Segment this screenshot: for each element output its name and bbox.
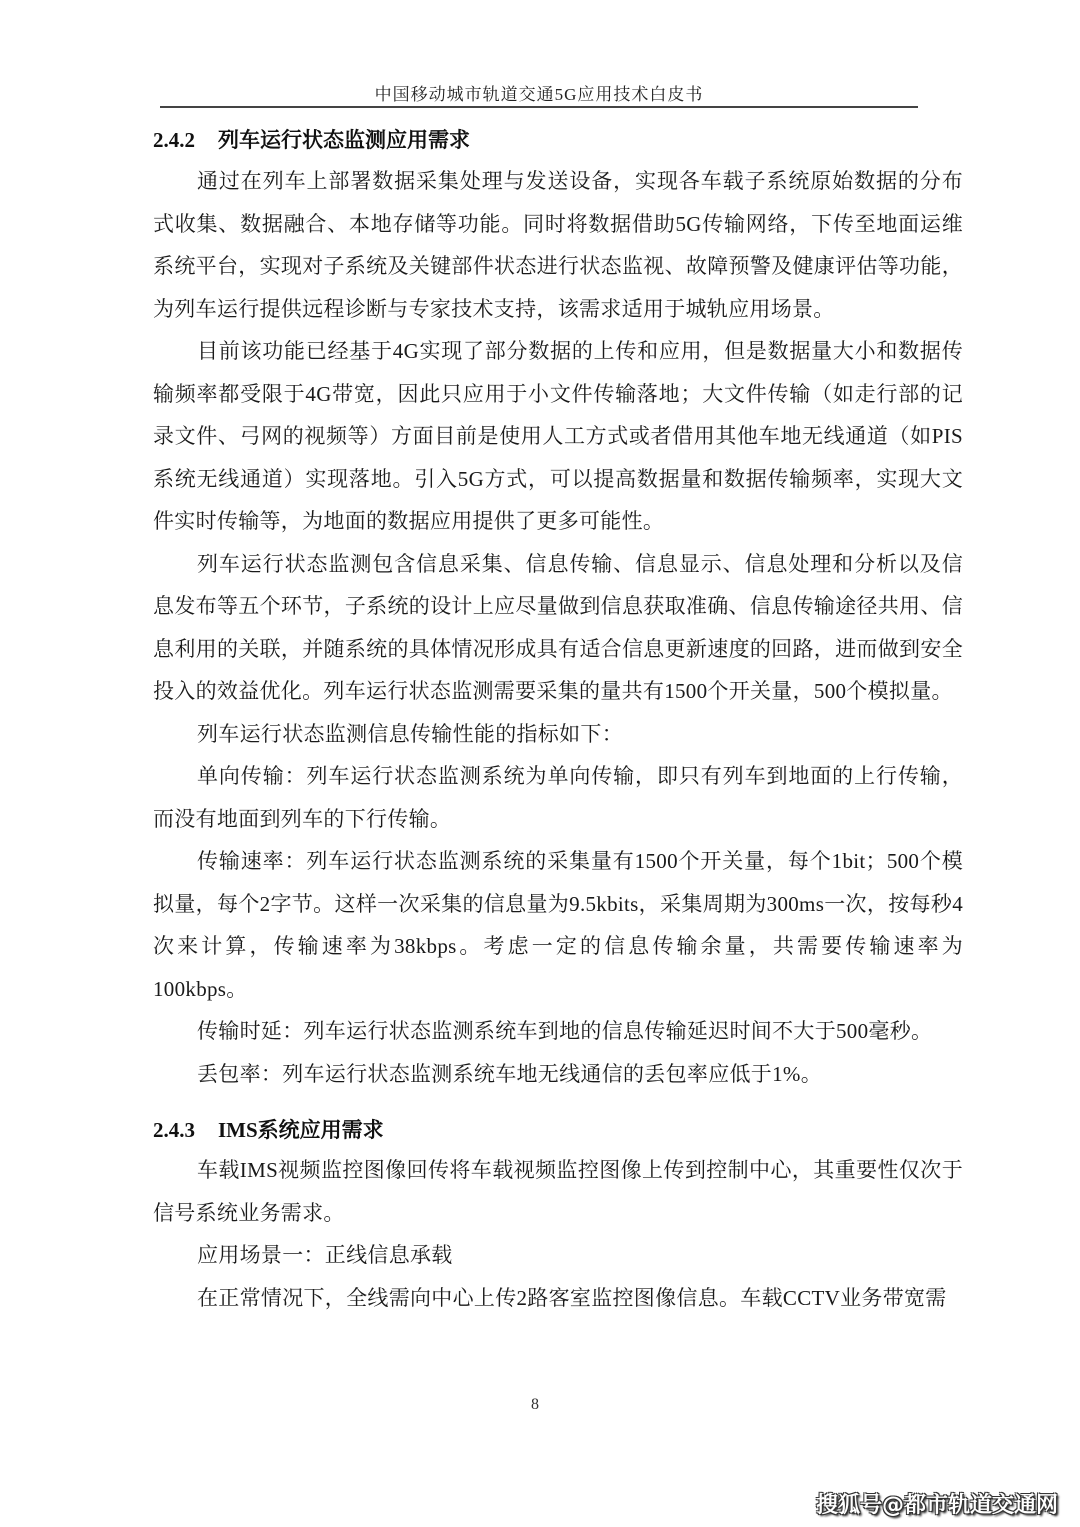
paragraph: 通过在列车上部署数据采集处理与发送设备，实现各车载子系统原始数据的分布式收集、数… (153, 160, 963, 330)
paragraph: 车载IMS视频监控图像回传将车载视频监控图像上传到控制中心，其重要性仅次于信号系… (153, 1149, 963, 1234)
section-heading-2-4-3: 2.4.3IMS系统应用需求 (153, 1115, 963, 1145)
section-title: 列车运行状态监测应用需求 (218, 128, 470, 152)
watermark: 搜狐号@都市轨道交通网 (816, 1488, 1058, 1519)
paragraph: 单向传输：列车运行状态监测系统为单向传输，即只有列车到地面的上行传输，而没有地面… (153, 755, 963, 840)
paragraph: 列车运行状态监测包含信息采集、信息传输、信息显示、信息处理和分析以及信息发布等五… (153, 543, 963, 713)
section-number: 2.4.2 (153, 125, 218, 155)
section-number: 2.4.3 (153, 1115, 218, 1145)
header-divider (160, 106, 918, 108)
page-number: 8 (0, 1396, 1070, 1414)
section-heading-2-4-2: 2.4.2列车运行状态监测应用需求 (153, 125, 963, 155)
paragraph: 在正常情况下，全线需向中心上传2路客室监控图像信息。车载CCTV业务带宽需 (153, 1277, 963, 1320)
paragraph: 丢包率：列车运行状态监测系统车地无线通信的丢包率应低于1%。 (153, 1053, 963, 1096)
paragraph: 传输速率：列车运行状态监测系统的采集量有1500个开关量，每个1bit；500个… (153, 840, 963, 1010)
page-header-title: 中国移动城市轨道交通5G应用技术白皮书 (160, 80, 918, 105)
document-body: 2.4.2列车运行状态监测应用需求 通过在列车上部署数据采集处理与发送设备，实现… (153, 120, 963, 1319)
paragraph: 目前该功能已经基于4G实现了部分数据的上传和应用，但是数据量大小和数据传输频率都… (153, 330, 963, 543)
paragraph: 列车运行状态监测信息传输性能的指标如下： (153, 713, 963, 756)
paragraph: 传输时延：列车运行状态监测系统车到地的信息传输延迟时间不大于500毫秒。 (153, 1010, 963, 1053)
paragraph: 应用场景一：正线信息承载 (153, 1234, 963, 1277)
section-title: IMS系统应用需求 (218, 1118, 384, 1142)
